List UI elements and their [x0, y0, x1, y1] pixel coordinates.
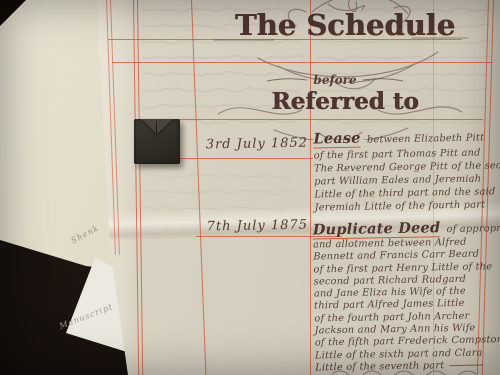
ruled-line-vertical	[310, 0, 311, 375]
ink-dash-right	[362, 76, 404, 84]
seal-ridge	[156, 121, 157, 134]
entry-text: Lease between Elizabeth Pitt of the firs…	[313, 129, 482, 215]
ink-dash-left	[266, 76, 308, 84]
before-row: before	[245, 73, 425, 87]
referred-to-title: Referred to	[215, 88, 475, 115]
entry-text: Duplicate Deed of appropriation and allo…	[313, 220, 484, 375]
clipped-bottom-line	[330, 368, 490, 375]
entry-heading: Lease	[313, 130, 361, 149]
seal-flap	[141, 119, 173, 134]
document-title: The Schedule	[205, 8, 485, 42]
entry-date: 7th July 1875	[142, 218, 314, 236]
ghost-writing-middle	[142, 168, 292, 216]
before-word: before	[313, 73, 356, 87]
photo-of-document: Shenk Manuscript	[0, 0, 500, 375]
wax-seal	[134, 119, 180, 164]
entry-heading: Duplicate Deed	[313, 219, 441, 239]
